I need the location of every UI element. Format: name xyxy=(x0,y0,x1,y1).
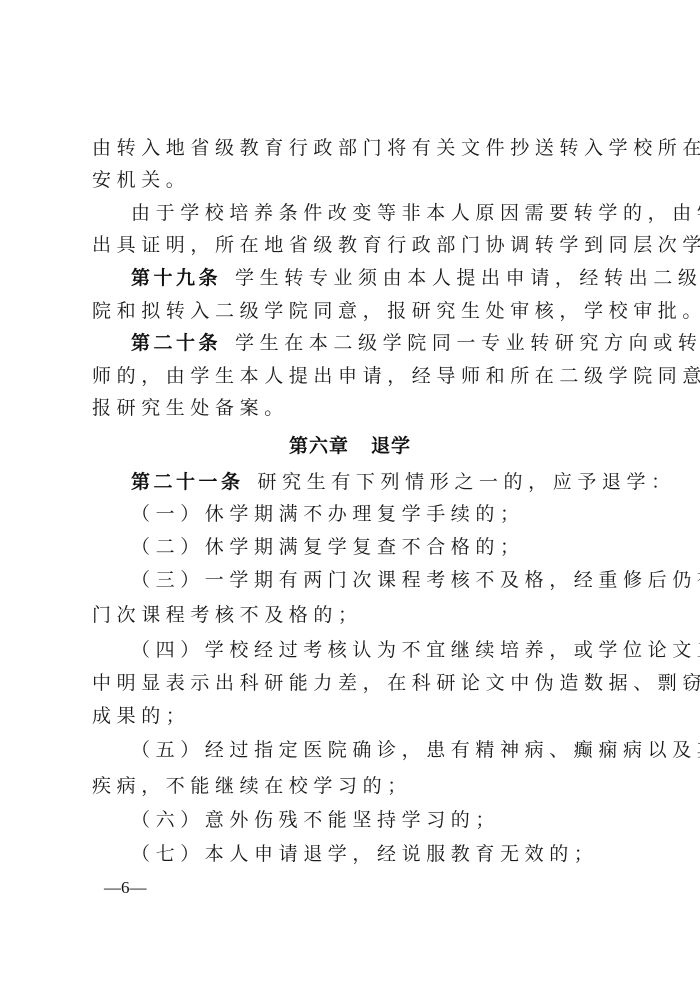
line-text: （一）休学期满不办理复学手续的； xyxy=(131,503,525,525)
line-text: （七）本人申请退学，经说服教育无效的； xyxy=(131,843,598,865)
line-text: 由于学校培养条件改变等非本人原因需要转学的，由学校 xyxy=(131,202,700,224)
page-number: —6— xyxy=(104,876,147,900)
line-text: 中明显表示出科研能力差，在科研论文中伪造数据、剽窃他人 xyxy=(92,672,700,694)
article-21-line: 第二十一条研究生有下列情形之一的，应予退学： xyxy=(131,467,612,497)
line-text: （三）一学期有两门次课程考核不及格，经重修后仍有两 xyxy=(131,569,700,591)
paragraph-line: 报研究生处备案。 xyxy=(92,393,612,423)
line-text: 学生在本二级学院同一专业转研究方向或转导 xyxy=(235,332,700,354)
list-item: （二）休学期满复学复查不合格的； xyxy=(131,532,612,562)
paragraph-line: 院和拟转入二级学院同意，报研究生处审核，学校审批。 xyxy=(92,296,612,326)
paragraph-line: 中明显表示出科研能力差，在科研论文中伪造数据、剽窃他人 xyxy=(92,668,612,698)
line-text: 师的，由学生本人提出申请，经导师和所在二级学院同意后， xyxy=(92,365,700,387)
list-item: （四）学校经过考核认为不宜继续培养，或学位论文工作 xyxy=(131,635,612,665)
line-text: 门次课程考核不及格的； xyxy=(92,604,363,626)
paragraph-line: 师的，由学生本人提出申请，经导师和所在二级学院同意后， xyxy=(92,361,612,391)
line-text: 由转入地省级教育行政部门将有关文件抄送转入学校所在地公 xyxy=(92,137,700,159)
line-text: （二）休学期满复学复查不合格的； xyxy=(131,536,525,558)
line-text: 学生转专业须由本人提出申请，经转出二级学 xyxy=(235,267,700,289)
paragraph-line: 由转入地省级教育行政部门将有关文件抄送转入学校所在地公 xyxy=(92,133,612,163)
list-item: （五）经过指定医院确诊，患有精神病、癫痫病以及其他 xyxy=(131,735,612,765)
line-text: 报研究生处备案。 xyxy=(92,397,289,419)
article-20-line: 第二十条学生在本二级学院同一专业转研究方向或转导 xyxy=(131,328,612,358)
list-item: （三）一学期有两门次课程考核不及格，经重修后仍有两 xyxy=(131,565,612,595)
line-text: 疾病，不能继续在校学习的； xyxy=(92,775,412,797)
paragraph-line: 出具证明，所在地省级教育行政部门协调转学到同层次学校。 xyxy=(92,230,612,260)
line-text: 院和拟转入二级学院同意，报研究生处审核，学校审批。 xyxy=(92,300,700,322)
article-number: 第二十条 xyxy=(131,332,221,354)
paragraph-line: 安机关。 xyxy=(92,165,612,195)
document-page: 由转入地省级教育行政部门将有关文件抄送转入学校所在地公 安机关。 由于学校培养条… xyxy=(0,0,700,989)
paragraph-line: 门次课程考核不及格的； xyxy=(92,600,612,630)
chapter-title: 退学 xyxy=(371,435,411,457)
chapter-number: 第六章 xyxy=(289,435,349,457)
line-text: 研究生有下列情形之一的，应予退学： xyxy=(258,471,676,493)
paragraph-line: 疾病，不能继续在校学习的； xyxy=(92,771,612,801)
article-number: 第二十一条 xyxy=(131,471,244,493)
line-text: 安机关。 xyxy=(92,169,190,191)
list-item: （六）意外伤残不能坚持学习的； xyxy=(131,805,612,835)
paragraph-line: 由于学校培养条件改变等非本人原因需要转学的，由学校 xyxy=(131,198,612,228)
article-number: 第十九条 xyxy=(131,267,221,289)
list-item: （七）本人申请退学，经说服教育无效的； xyxy=(131,839,612,869)
paragraph-line: 成果的； xyxy=(92,701,612,731)
article-19-line: 第十九条学生转专业须由本人提出申请，经转出二级学 xyxy=(131,263,612,293)
line-text: 成果的； xyxy=(92,705,190,727)
chapter-heading: 第六章退学 xyxy=(0,431,700,461)
line-text: （五）经过指定医院确诊，患有精神病、癫痫病以及其他 xyxy=(131,739,700,761)
line-text: 出具证明，所在地省级教育行政部门协调转学到同层次学校。 xyxy=(92,234,700,256)
line-text: （四）学校经过考核认为不宜继续培养，或学位论文工作 xyxy=(131,639,700,661)
line-text: （六）意外伤残不能坚持学习的； xyxy=(131,809,500,831)
list-item: （一）休学期满不办理复学手续的； xyxy=(131,499,612,529)
